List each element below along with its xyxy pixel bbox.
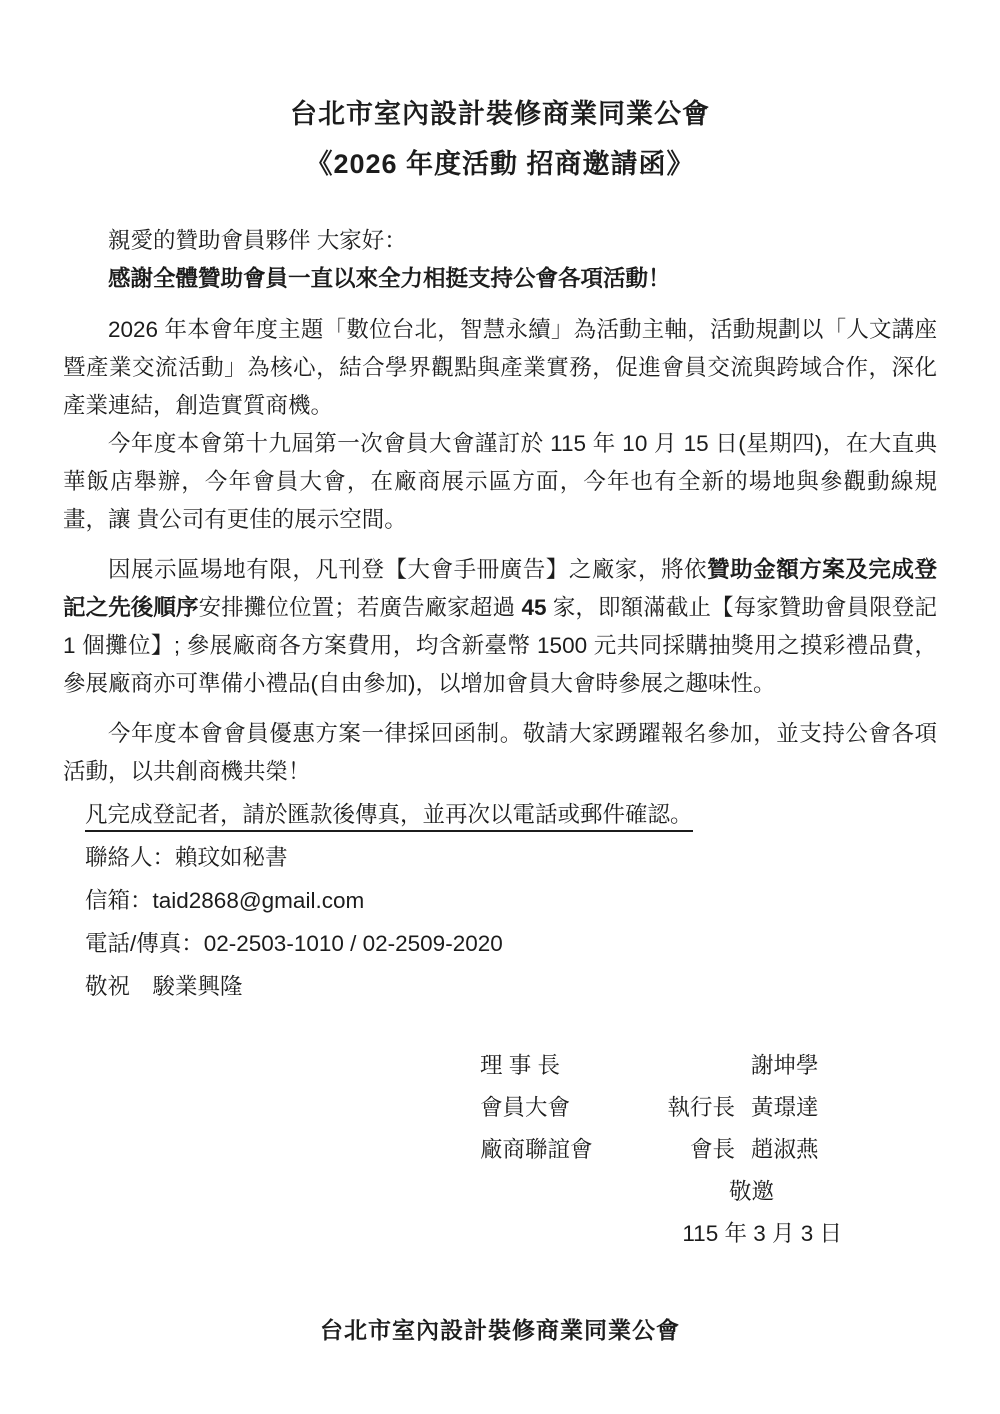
signature-block: 理 事 長 謝坤學 會員大會 執行長 黃璟達 廠商聯誼會 會長 趙淑燕 敬邀 1…	[480, 1045, 842, 1255]
text-run: 安排攤位位置；若廣告廠家超過	[199, 595, 522, 620]
signature-role: 會長	[640, 1129, 735, 1171]
bold-run-quota: 45	[521, 595, 546, 620]
underlined-notice-text: 凡完成登記者，請於匯款後傳真，並再次以電話或郵件確認。	[85, 802, 693, 832]
contact-person-line: 聯絡人：賴玟如秘書	[85, 837, 937, 878]
paragraph-booth-rules: 因展示區場地有限，凡刊登【大會手冊廣告】之廠家，將依贊助金額方案及完成登記之先後…	[63, 551, 937, 703]
letter-subtitle: 《2026 年度活動 招商邀請函》	[63, 142, 937, 186]
signature-unit: 理 事 長	[480, 1045, 640, 1087]
signature-name: 趙淑燕	[751, 1129, 819, 1171]
paragraph-annual-theme: 2026 年本會年度主題「數位台北，智慧永續」為活動主軸，活動規劃以「人文講座暨…	[63, 311, 937, 425]
paragraph-reply-scheme: 今年度本會會員優惠方案一律採回函制。敬請大家踴躍報名參加，並支持公會各項活動，以…	[63, 715, 937, 791]
signature-unit: 廠商聯誼會	[480, 1129, 640, 1171]
signature-row: 理 事 長 謝坤學	[480, 1045, 842, 1087]
signature-row: 會員大會 執行長 黃璟達	[480, 1087, 842, 1129]
signature-unit: 會員大會	[480, 1087, 640, 1129]
contact-email-line: 信箱：taid2868@gmail.com	[85, 880, 937, 921]
footer-organization: 台北市室內設計裝修商業同業公會	[0, 1312, 1000, 1345]
signature-name: 黃璟達	[751, 1087, 819, 1129]
greeting-block: 親愛的贊助會員夥伴 大家好： 感謝全體贊助會員一直以來全力相挺支持公會各項活動！	[108, 222, 937, 298]
paragraph-assembly-date: 今年度本會第十九屆第一次會員大會謹訂於 115 年 10 月 15 日(星期四)…	[63, 425, 937, 539]
date-line: 115 年 3 月 3 日	[480, 1213, 842, 1255]
signature-row: 廠商聯誼會 會長 趙淑燕	[480, 1129, 842, 1171]
letter-title: 台北市室內設計裝修商業同業公會	[63, 92, 937, 136]
invitation-letter-page: 台北市室內設計裝修商業同業公會 《2026 年度活動 招商邀請函》 親愛的贊助會…	[0, 0, 1000, 1414]
greeting-line: 親愛的贊助會員夥伴 大家好：	[108, 222, 937, 260]
blessing-line: 敬祝 駿業興隆	[85, 966, 937, 1007]
signature-name: 謝坤學	[751, 1045, 819, 1087]
thanks-line: 感謝全體贊助會員一直以來全力相挺支持公會各項活動！	[108, 260, 937, 298]
underlined-notice: 凡完成登記者，請於匯款後傳真，並再次以電話或郵件確認。	[85, 795, 937, 835]
contact-phone-fax-line: 電話/傳真：02-2503-1010 / 02-2509-2020	[85, 923, 937, 964]
signature-role: 執行長	[640, 1087, 735, 1129]
invite-line: 敬邀	[480, 1171, 842, 1213]
text-run: 因展示區場地有限，凡刊登【大會手冊廣告】之廠家，將依	[108, 557, 707, 582]
signature-role	[640, 1045, 735, 1087]
